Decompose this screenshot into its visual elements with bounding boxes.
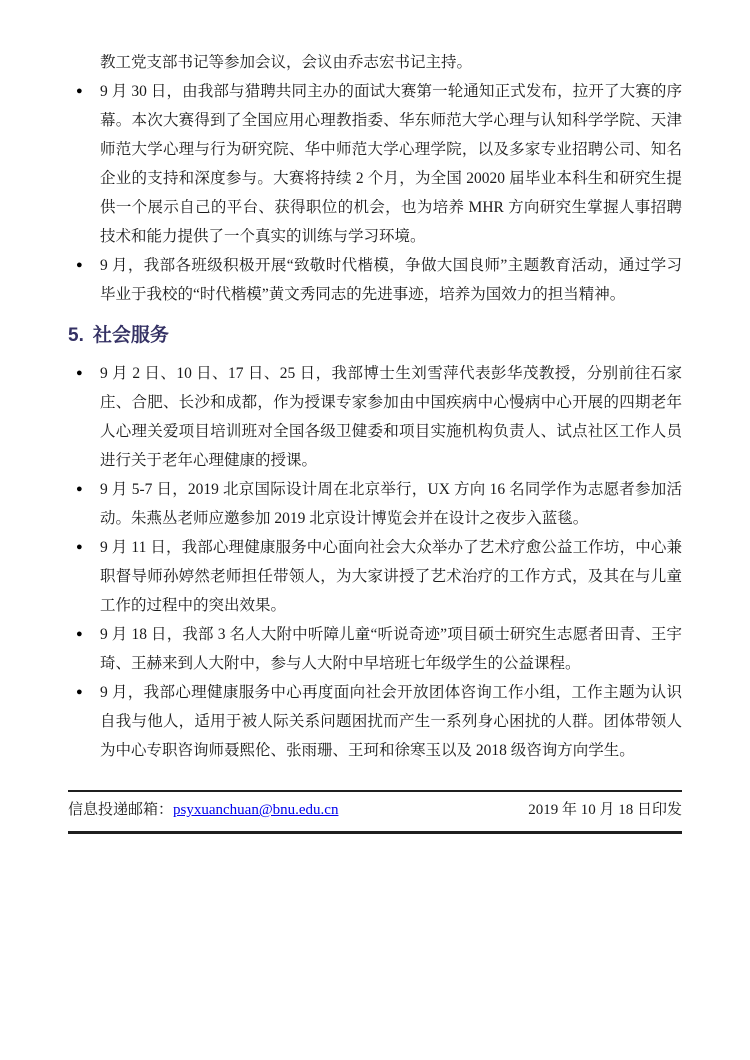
bullet-text: 9 月 5-7 日，2019 北京国际设计周在北京举行，UX 方向 16 名同学… <box>100 481 682 527</box>
bullet-text: 9 月 2 日、10 日、17 日、25 日，我部博士生刘雪萍代表彭华茂教授，分… <box>100 365 682 469</box>
list-item: ● 9 月 11 日，我部心理健康服务中心面向社会大众举办了艺术疗愈公益工作坊，… <box>68 533 682 620</box>
section-title: 社会服务 <box>93 325 169 346</box>
bullet-icon: ● <box>76 77 83 106</box>
bullet-icon: ● <box>76 475 83 504</box>
list-item: ● 9 月，我部心理健康服务中心再度面向社会开放团体咨询工作小组，工作主题为认识… <box>68 678 682 765</box>
section-number: 5. <box>68 325 84 346</box>
continuation-paragraph: 教工党支部书记等参加会议，会议由乔志宏书记主持。 <box>68 48 682 77</box>
footer-email-label: 信息投递邮箱： <box>68 802 173 818</box>
section-heading: 5.社会服务 <box>68 324 682 348</box>
list-item: ● 9 月 2 日、10 日、17 日、25 日，我部博士生刘雪萍代表彭华茂教授… <box>68 359 682 475</box>
bullet-icon: ● <box>76 533 83 562</box>
bullet-text: 9 月，我部心理健康服务中心再度面向社会开放团体咨询工作小组，工作主题为认识自我… <box>100 684 682 759</box>
bullet-icon: ● <box>76 251 83 280</box>
list-item: ● 9 月 30 日，由我部与猎聘共同主办的面试大赛第一轮通知正式发布，拉开了大… <box>68 77 682 251</box>
email-link[interactable]: psyxuanchuan@bnu.edu.cn <box>173 802 338 818</box>
document-page: 教工党支部书记等参加会议，会议由乔志宏书记主持。 ● 9 月 30 日，由我部与… <box>0 0 750 1060</box>
section-bullet-list: ● 9 月 2 日、10 日、17 日、25 日，我部博士生刘雪萍代表彭华茂教授… <box>68 359 682 765</box>
top-bullet-list: ● 9 月 30 日，由我部与猎聘共同主办的面试大赛第一轮通知正式发布，拉开了大… <box>68 77 682 309</box>
bullet-icon: ● <box>76 678 83 707</box>
bullet-text: 9 月 18 日，我部 3 名人大附中听障儿童“听说奇迹”项目硕士研究生志愿者田… <box>100 626 682 672</box>
list-item: ● 9 月，我部各班级积极开展“致敬时代楷模，争做大国良师”主题教育活动，通过学… <box>68 251 682 309</box>
bullet-icon: ● <box>76 620 83 649</box>
footer-contact: 信息投递邮箱：psyxuanchuan@bnu.edu.cn <box>68 796 338 825</box>
page-footer: 信息投递邮箱：psyxuanchuan@bnu.edu.cn 2019 年 10… <box>68 790 682 834</box>
list-item: ● 9 月 5-7 日，2019 北京国际设计周在北京举行，UX 方向 16 名… <box>68 475 682 533</box>
bullet-text: 9 月 30 日，由我部与猎聘共同主办的面试大赛第一轮通知正式发布，拉开了大赛的… <box>100 83 682 245</box>
bullet-icon: ● <box>76 359 83 388</box>
bullet-text: 9 月，我部各班级积极开展“致敬时代楷模，争做大国良师”主题教育活动，通过学习毕… <box>100 257 682 303</box>
footer-print-date: 2019 年 10 月 18 日印发 <box>528 796 682 825</box>
list-item: ● 9 月 18 日，我部 3 名人大附中听障儿童“听说奇迹”项目硕士研究生志愿… <box>68 620 682 678</box>
bullet-text: 9 月 11 日，我部心理健康服务中心面向社会大众举办了艺术疗愈公益工作坊，中心… <box>100 539 682 614</box>
